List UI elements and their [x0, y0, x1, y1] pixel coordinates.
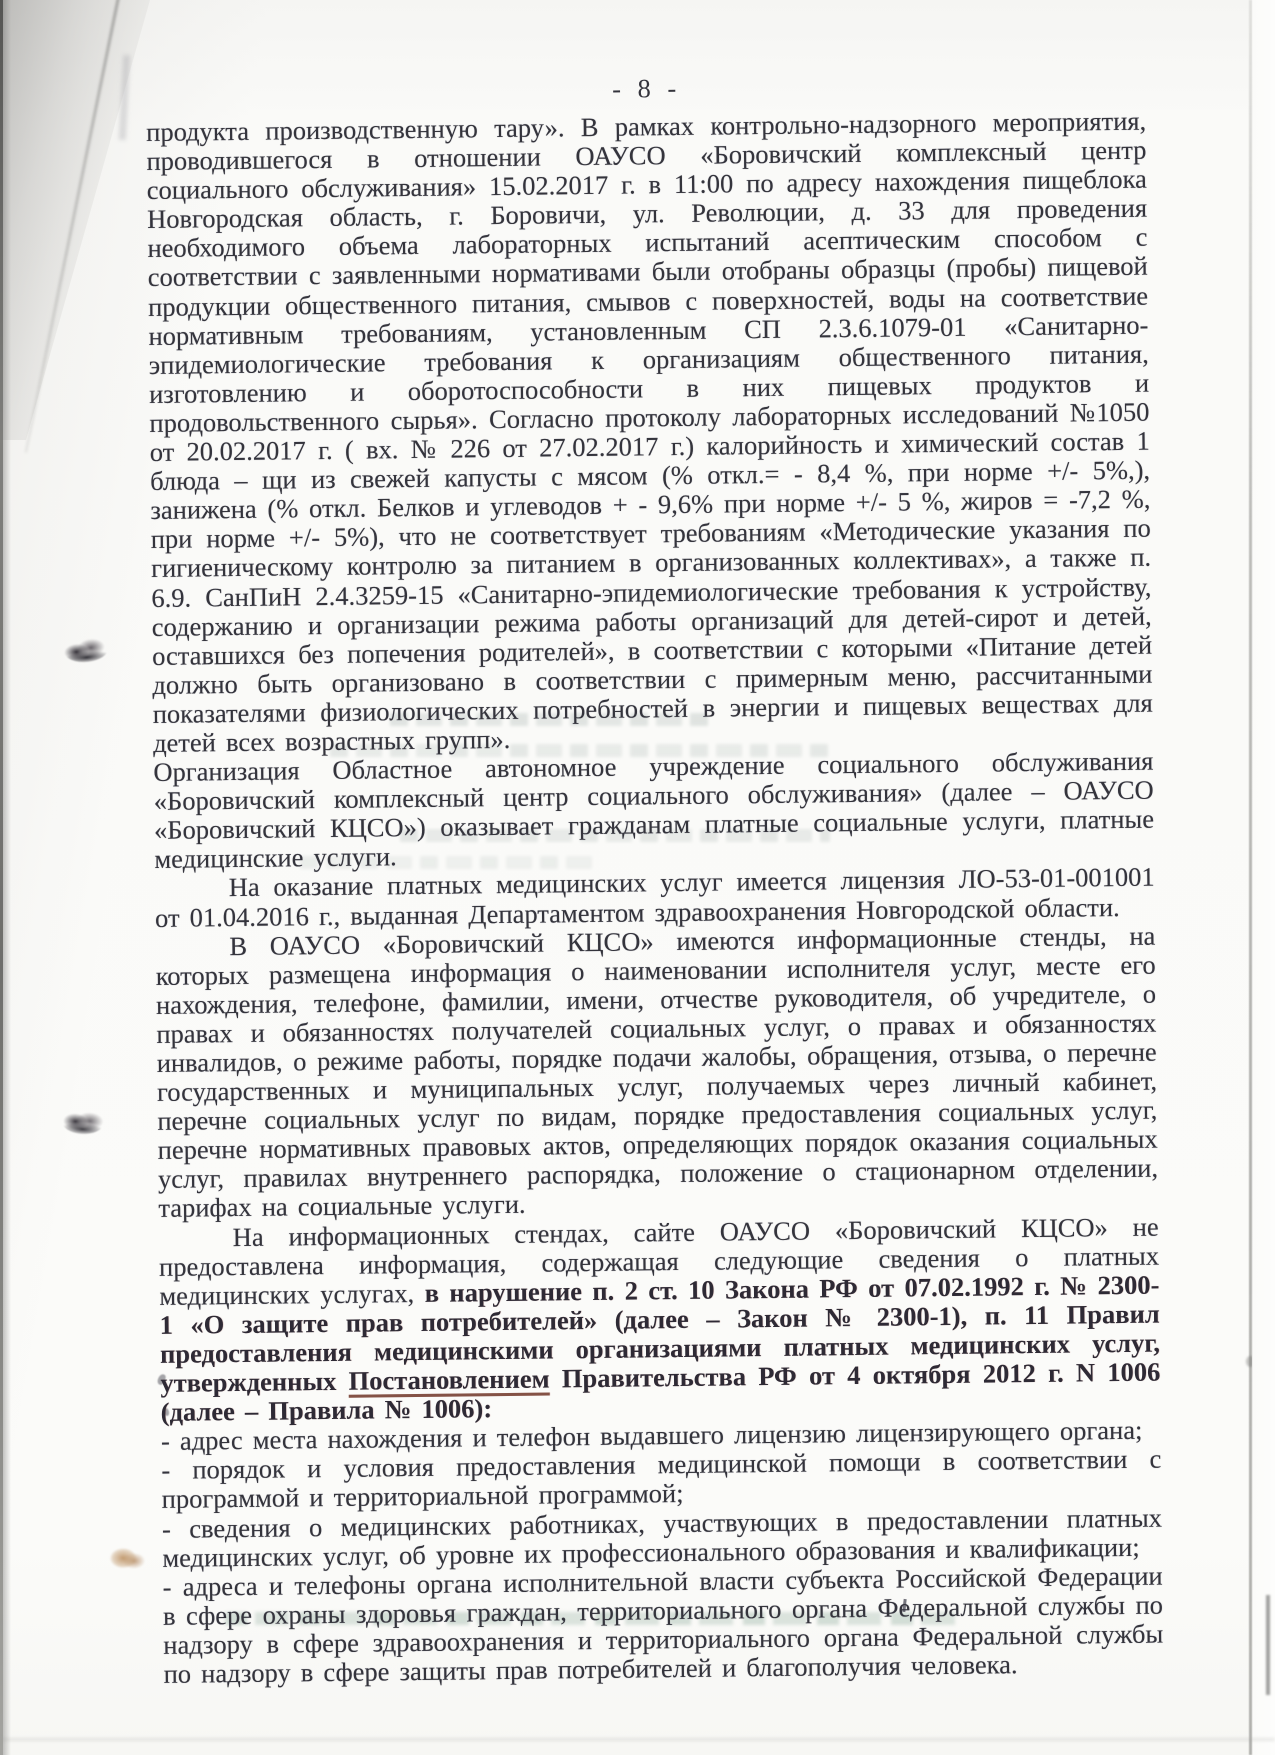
body-text: продукта производственную тару». В рамка… — [146, 106, 1153, 758]
scanned-document-page: - 8 - продукта производственную тару». В… — [0, 0, 1275, 1755]
body-text: - адреса и телефоны органа исполнительно… — [162, 1560, 1163, 1689]
bullet-authority-contacts: - адреса и телефоны органа исполнительно… — [163, 1561, 1164, 1689]
left-page-edge-shadow — [3, 0, 11, 1755]
para-inspection-findings: продукта производственную тару». В рамка… — [146, 107, 1153, 758]
right-page-edge-line — [1249, 0, 1252, 1755]
right-scanner-strip — [1252, 0, 1275, 1755]
bottom-page-edge — [0, 1738, 1275, 1741]
right-edge-dark-streak — [1266, 1595, 1270, 1695]
body-text: В ОАУСО «Боровичский КЦСО» имеются инфор… — [156, 920, 1159, 1223]
para-organization: Организация Областное автономное учрежде… — [153, 747, 1154, 875]
para-info-stands: В ОАУСО «Боровичский КЦСО» имеются инфор… — [155, 921, 1158, 1223]
para-violation: На информационных стендах, сайте ОАУСО «… — [159, 1212, 1161, 1427]
tan-stain — [108, 1546, 146, 1573]
ink-smudge — [61, 1109, 105, 1136]
document-body: продукта производственную тару». В рамка… — [146, 107, 1164, 1689]
document-content: - 8 - продукта производственную тару». В… — [146, 107, 1164, 1689]
body-text: Организация Областное автономное учрежде… — [153, 746, 1154, 875]
underlined-bold-text: Постановлением — [348, 1364, 549, 1396]
page-number: - 8 - — [146, 69, 1146, 109]
ink-smudge — [63, 637, 109, 664]
